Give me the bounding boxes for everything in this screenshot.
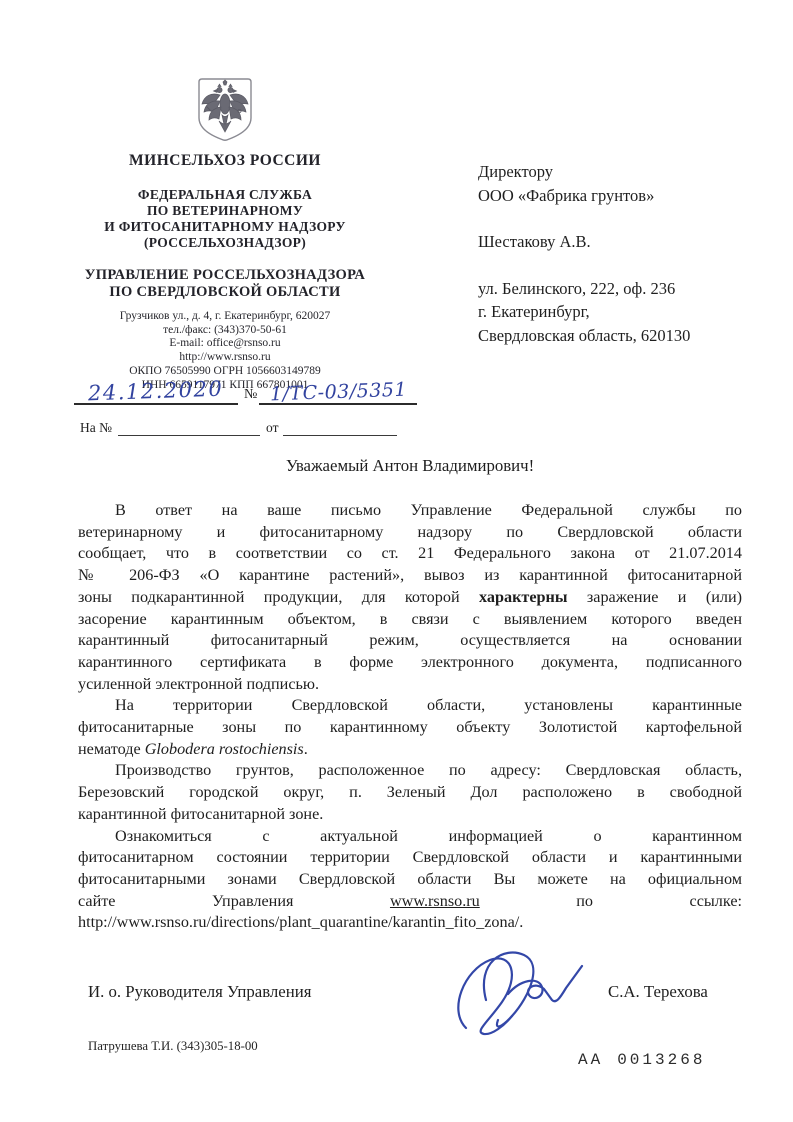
body-line: засорение карантинным объектом, в связи … (78, 609, 742, 631)
body-text-segment: карантинной фитосанитарной зоне. (78, 805, 323, 823)
ministry-name: МИНСЕЛЬХОЗ РОССИИ (60, 152, 390, 170)
letter-page: МИНСЕЛЬХОЗ РОССИИ ФЕДЕРАЛЬНАЯ СЛУЖБА ПО … (0, 0, 793, 1122)
form-serial: АА0013268 (578, 1051, 705, 1069)
body-text-segment: засорение карантинным объектом, в связи … (78, 610, 742, 628)
body-text-segment: фитосанитарном состоянии территории Свер… (78, 848, 742, 866)
ref-number-blank (118, 421, 260, 436)
number-sign: № (244, 387, 257, 403)
federal-service-name: ФЕДЕРАЛЬНАЯ СЛУЖБА ПО ВЕТЕРИНАРНОМУ И ФИ… (60, 187, 390, 251)
body-text-segment: Globodera rostochiensis (145, 740, 304, 758)
body-line: Ознакомиться с актуальной информацией о … (78, 826, 742, 848)
body-text-segment: ветеринарному и фитосанитарному надзору … (78, 523, 742, 541)
body-text-segment: зоны подкарантинной продукции, для котор… (78, 588, 479, 606)
body-line: http://www.rsnso.ru/directions/plant_qua… (78, 912, 742, 934)
body-text-segment: Березовский городской округ, п. Зеленый … (78, 783, 742, 801)
body-line: карантинный фитосанитарный режим, осущес… (78, 630, 742, 652)
body-text-segment: нематоде (78, 740, 145, 758)
ref-from-label: от (266, 420, 278, 435)
body-line: На территории Свердловской области, уста… (78, 695, 742, 717)
handwritten-date: 24.12.2020 (88, 377, 224, 406)
body-line: В ответ на ваше письмо Управление Федера… (78, 500, 742, 522)
handwritten-date-field: 24.12.2020 (74, 379, 238, 405)
office-line: УПРАВЛЕНИЕ РОССЕЛЬХОЗНАДЗОРА (60, 267, 390, 284)
body-paragraphs: В ответ на ваше письмо Управление Федера… (78, 500, 742, 934)
body-text-segment: фитосанитарные зоны по карантинному объе… (78, 718, 742, 736)
body-text-segment: по ссылке: (480, 892, 742, 910)
postal-address: Грузчиков ул., д. 4, г. Екатеринбург, 62… (60, 310, 390, 324)
body-text-segment: фитосанитарными зонами Свердловской обла… (78, 870, 742, 888)
body-line: карантинной фитосанитарной зоне. (78, 804, 742, 826)
body-line: ветеринарному и фитосанитарному надзору … (78, 522, 742, 544)
form-serial-prefix: АА (578, 1051, 603, 1069)
service-line: (РОССЕЛЬХОЗНАДЗОР) (60, 235, 390, 251)
body-text-segment: На территории Свердловской области, уста… (115, 696, 742, 714)
regional-office-name: УПРАВЛЕНИЕ РОССЕЛЬХОЗНАДЗОРА ПО СВЕРДЛОВ… (60, 267, 390, 300)
service-line: И ФИТОСАНИТАРНОМУ НАДЗОРУ (60, 219, 390, 235)
handwritten-number-field: 1/ТС-03/5351 (259, 381, 417, 405)
okpo-ogrn: ОКПО 76505990 ОГРН 1056603149789 (60, 365, 390, 379)
website: http://www.rsnso.ru (60, 351, 390, 365)
body-line: сайте Управления www.rsnso.ru по ссылке: (78, 891, 742, 913)
inline-link-text: www.rsnso.ru (390, 892, 480, 910)
body-line: карантинного сертификата в форме электро… (78, 652, 742, 674)
body-line: сообщает, что в соответствии со ст. 21 Ф… (78, 543, 742, 565)
recipient-company: ООО «Фабрика грунтов» (478, 184, 690, 208)
body-text-segment: В ответ на ваше письмо Управление Федера… (115, 501, 742, 519)
body-text-segment: . (304, 740, 308, 758)
form-serial-number: 0013268 (617, 1051, 705, 1069)
letterhead: МИНСЕЛЬХОЗ РОССИИ ФЕДЕРАЛЬНАЯ СЛУЖБА ПО … (60, 77, 390, 392)
body-line: Производство грунтов, расположенное по а… (78, 760, 742, 782)
outgoing-number-row: 24.12.2020№1/ТС-03/5351 (74, 379, 424, 405)
phone-fax: тел./факс: (343)370-50-61 (60, 324, 390, 338)
body-text-segment: усиленной электронной подписью. (78, 675, 319, 693)
body-text-segment: сайте Управления (78, 892, 390, 910)
ref-date-blank (283, 421, 397, 436)
body-text-segment: Ознакомиться с актуальной информацией о … (115, 827, 742, 845)
recipient-block: Директору ООО «Фабрика грунтов» Шестаков… (478, 160, 690, 347)
email: E-mail: office@rsnso.ru (60, 337, 390, 351)
service-line: ПО ВЕТЕРИНАРНОМУ (60, 203, 390, 219)
body-line: фитосанитарные зоны по карантинному объе… (78, 717, 742, 739)
ref-label: На № (80, 420, 112, 435)
reference-row: На №от (80, 420, 397, 436)
body-line: усиленной электронной подписью. (78, 674, 742, 696)
body-text-segment: характерны (479, 588, 568, 606)
body-line: фитосанитарными зонами Свердловской обла… (78, 869, 742, 891)
body-text-segment: № 206-ФЗ «О карантине растений», вывоз и… (78, 566, 742, 584)
handwritten-number: 1/ТС-03/5351 (269, 379, 407, 406)
body-text-segment: карантинный фитосанитарный режим, осущес… (78, 631, 742, 649)
coat-of-arms-icon (195, 77, 255, 143)
body-text-segment: заражение и (или) (568, 588, 743, 606)
recipient-name: Шестакову А.В. (478, 230, 690, 254)
signer-position: И. о. Руководителя Управления (88, 982, 311, 1002)
salutation: Уважаемый Антон Владимирович! (78, 456, 742, 476)
office-line: ПО СВЕРДЛОВСКОЙ ОБЛАСТИ (60, 284, 390, 301)
service-line: ФЕДЕРАЛЬНАЯ СЛУЖБА (60, 187, 390, 203)
spacer (478, 254, 690, 277)
body-text-segment: сообщает, что в соответствии со ст. 21 Ф… (78, 544, 742, 562)
body-line: нематоде Globodera rostochiensis. (78, 739, 742, 761)
executor-contact: Патрушева Т.И. (343)305-18-00 (88, 1039, 258, 1054)
signer-name: С.А. Терехова (608, 982, 708, 1002)
recipient-position: Директору (478, 160, 690, 184)
recipient-city: г. Екатеринбург, (478, 300, 690, 324)
body-line: фитосанитарном состоянии территории Свер… (78, 847, 742, 869)
body-line: № 206-ФЗ «О карантине растений», вывоз и… (78, 565, 742, 587)
spacer (478, 207, 690, 230)
signature-scribble-icon (446, 938, 604, 1046)
body-line: Березовский городской округ, п. Зеленый … (78, 782, 742, 804)
body-text-segment: Производство грунтов, расположенное по а… (115, 761, 742, 779)
body-text-segment: карантинного сертификата в форме электро… (78, 653, 742, 671)
recipient-street: ул. Белинского, 222, оф. 236 (478, 277, 690, 301)
body-text-segment: http://www.rsnso.ru/directions/plant_qua… (78, 913, 523, 931)
recipient-region: Свердловская область, 620130 (478, 324, 690, 348)
body-line: зоны подкарантинной продукции, для котор… (78, 587, 742, 609)
